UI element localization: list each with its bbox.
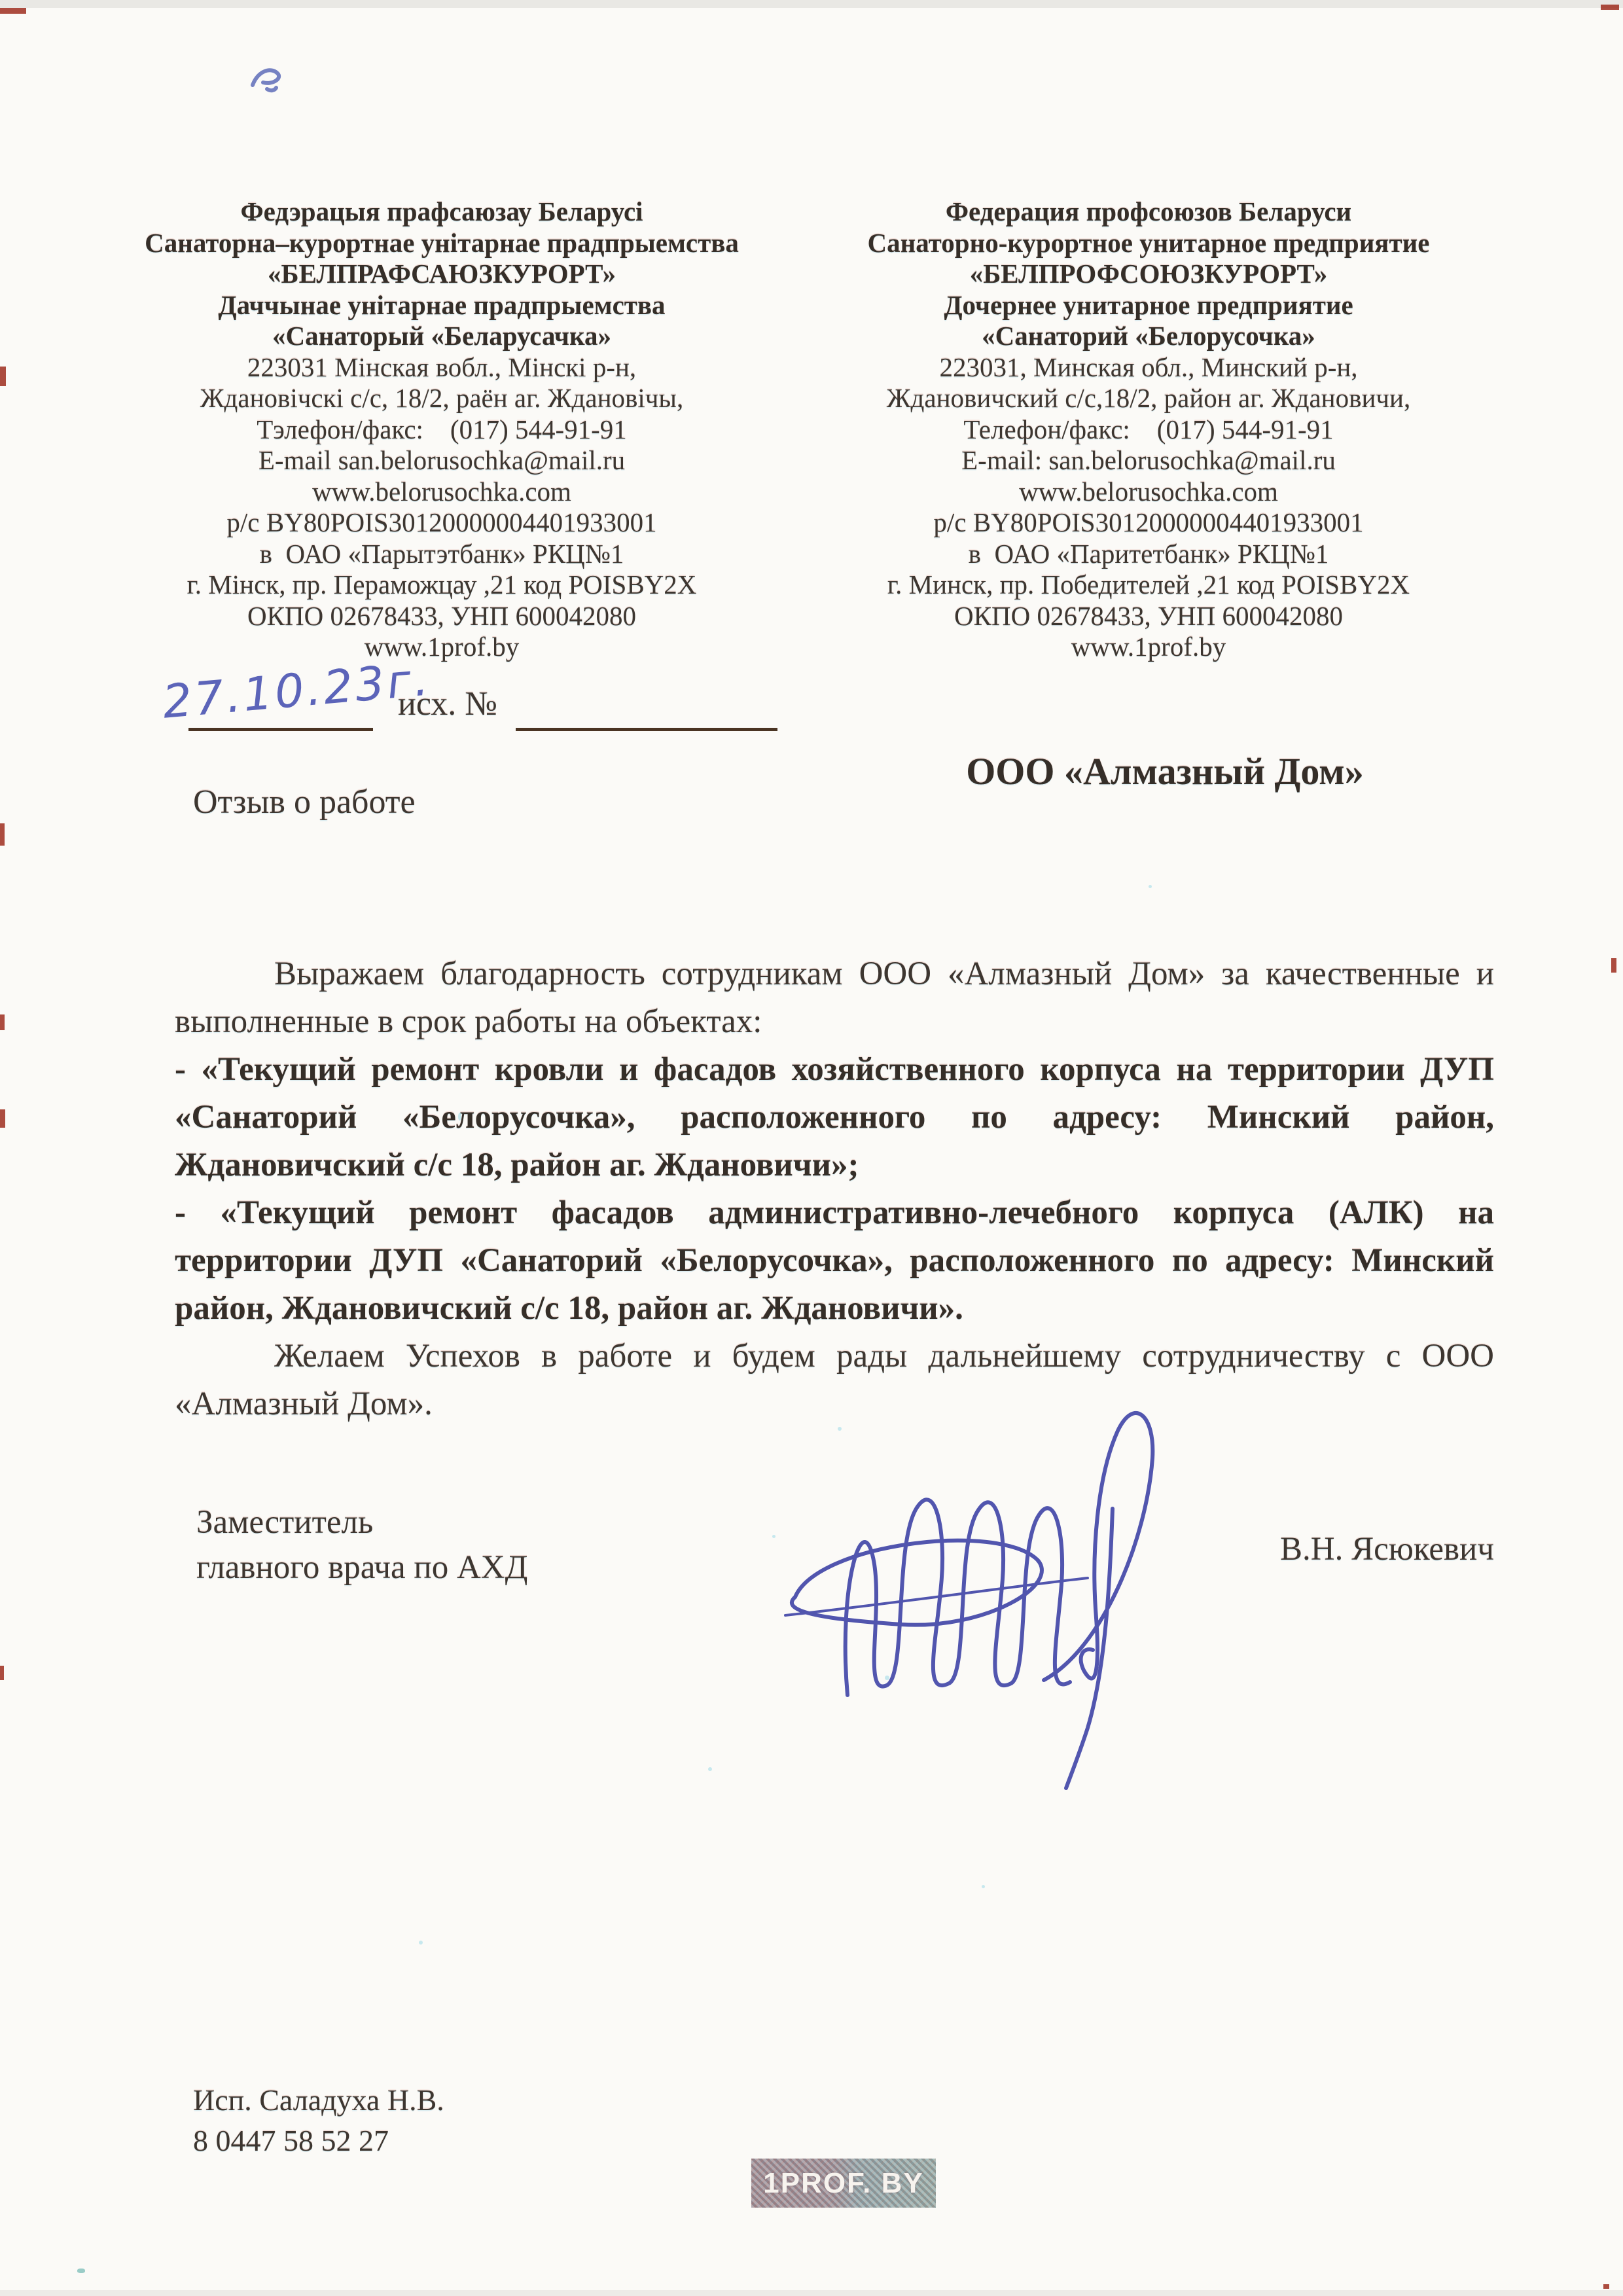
scan-edge-shade-bottom <box>0 2290 1623 2296</box>
scan-edge-mark <box>0 823 5 846</box>
body-bullet: - «Текущий ремонт кровли и фасадов хозяй… <box>175 1046 1494 1189</box>
letterhead-line: г. Минск, пр. Победителей ,21 код POISBY… <box>792 569 1505 601</box>
date-underline <box>188 728 373 731</box>
letterhead-line: E-mail: san.belorusochka@mail.ru <box>792 445 1505 476</box>
scan-speck <box>772 1535 776 1538</box>
letterhead-line: E-mail san.belorusochka@mail.ru <box>85 445 798 476</box>
scan-speck <box>982 1885 985 1888</box>
scan-speck <box>1149 885 1152 888</box>
letterhead-line: в ОАО «Парытэтбанк» РКЦ№1 <box>85 539 798 570</box>
signature-scribble <box>746 1388 1191 1793</box>
watermark-text: 1PROF. BY <box>763 2167 923 2200</box>
scan-edge-mark <box>0 8 26 14</box>
subject-line: Отзыв о работе <box>193 783 416 821</box>
letterhead-line: www.belorusochka.com <box>792 476 1505 508</box>
body-paragraph: Выражаем благодарность сотрудникам ООО «… <box>175 950 1494 1046</box>
signer-position: Заместитель главного врача по АХД <box>196 1500 527 1590</box>
letterhead-line: Дочернее унитарное предприятие <box>792 290 1505 321</box>
executor-phone: 8 0447 58 52 27 <box>193 2123 389 2158</box>
letterhead-line: «БЕЛПРАФСАЮЗКУРОРТ» <box>85 259 798 290</box>
scan-speck <box>708 1767 712 1771</box>
letterhead-line: Санаторно-курортное унитарное предприяти… <box>792 228 1505 259</box>
scan-speck <box>838 1427 842 1431</box>
signer-name: В.Н. Ясюкевич <box>1191 1530 1494 1568</box>
letterhead-line: «Санаторий «Белорусочка» <box>792 321 1505 352</box>
outgoing-number-underline <box>516 728 777 731</box>
scan-edge-mark <box>0 1666 4 1680</box>
scan-edge-mark <box>0 1014 5 1030</box>
scan-edge-mark <box>1601 5 1619 10</box>
letterhead-line: Даччынае унітарнае прадпрыемства <box>85 290 798 321</box>
executor-line: Исп. Саладуха Н.В. <box>193 2083 444 2117</box>
signer-position-line: Заместитель <box>196 1500 527 1545</box>
scan-edge-mark <box>0 367 6 386</box>
scan-edge-shade-top <box>0 0 1623 8</box>
letterhead-line: Тэлефон/факс: (017) 544-91-91 <box>85 414 798 446</box>
signer-position-line: главного врача по АХД <box>196 1545 527 1590</box>
letterhead-line: в ОАО «Паритетбанк» РКЦ№1 <box>792 539 1505 570</box>
letterhead-line: Ждановичский с/с,18/2, район аг. Жданови… <box>792 383 1505 414</box>
body-bullet: - «Текущий ремонт фасадов административн… <box>175 1189 1494 1333</box>
letterhead-belarusian: Федэрацыя прафсаюзау Беларусі Санаторна–… <box>85 196 798 663</box>
letterhead-line: р/с BY80POIS30120000004401933001 <box>85 507 798 539</box>
letter-body: Выражаем благодарность сотрудникам ООО «… <box>175 950 1494 1428</box>
letterhead-line: Телефон/факс: (017) 544-91-91 <box>792 414 1505 446</box>
letterhead-line: www.belorusochka.com <box>85 476 798 508</box>
letterhead-line: Федерация профсоюзов Беларуси <box>792 196 1505 228</box>
letterhead-line: Ждановічскі с/с, 18/2, раён аг. Ждановіч… <box>85 383 798 414</box>
photo-watermark: 1PROF. BY <box>751 2159 936 2208</box>
scanned-letter-page: Федэрацыя прафсаюзау Беларусі Санаторна–… <box>0 0 1623 2296</box>
letterhead-line: р/с BY80POIS30120000004401933001 <box>792 507 1505 539</box>
letterhead-line: www.1prof.by <box>85 632 798 663</box>
letterhead-line: г. Мінск, пр. Пераможцау ,21 код POISBY2… <box>85 569 798 601</box>
scan-speck <box>77 2269 85 2273</box>
addressee: ООО «Алмазный Дом» <box>811 749 1518 793</box>
letterhead-line: «Санаторый «Беларусачка» <box>85 321 798 352</box>
ink-smudge <box>247 63 291 97</box>
letterhead-russian: Федерация профсоюзов Беларуси Санаторно-… <box>792 196 1505 663</box>
scan-edge-mark <box>0 1109 5 1128</box>
letterhead-line: 223031 Мінская вобл., Мінскі р-н, <box>85 352 798 384</box>
scan-edge-mark <box>1611 958 1616 973</box>
letterhead-line: Федэрацыя прафсаюзау Беларусі <box>85 196 798 228</box>
letterhead-line: 223031, Минская обл., Минский р-н, <box>792 352 1505 384</box>
letterhead-line: ОКПО 02678433, УНП 600042080 <box>792 601 1505 632</box>
scan-speck <box>885 1676 889 1680</box>
scan-speck <box>1603 2284 1609 2289</box>
letterhead-line: www.1prof.by <box>792 632 1505 663</box>
letterhead-line: «БЕЛПРОФСОЮЗКУРОРТ» <box>792 259 1505 290</box>
scan-speck <box>458 1113 461 1121</box>
handwritten-date: 27.10.23г. <box>160 652 433 728</box>
letterhead-line: ОКПО 02678433, УНП 600042080 <box>85 601 798 632</box>
scan-speck <box>419 1941 423 1945</box>
letterhead-line: Санаторна–курортнае унітарнае прадпрыемс… <box>85 228 798 259</box>
outgoing-number-label: исх. № <box>398 685 497 723</box>
